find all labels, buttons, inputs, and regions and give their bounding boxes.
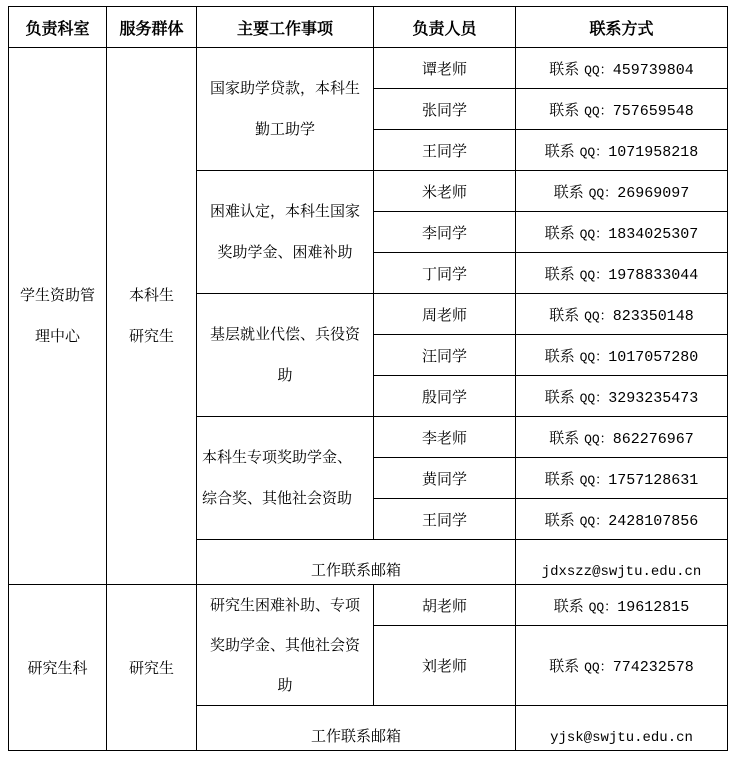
person-cell: 黄同学 (374, 458, 516, 499)
header-work-items: 主要工作事项 (197, 7, 374, 48)
work-item-cell: 本科生专项奖助学金、 综合奖、其他社会资助 (197, 417, 374, 540)
header-contact: 联系方式 (516, 7, 728, 48)
person-cell: 米老师 (374, 171, 516, 212)
header-service-group: 服务群体 (107, 7, 197, 48)
service-group-cell: 本科生 研究生 (107, 48, 197, 585)
email-label: 工作联系邮箱 (197, 706, 516, 751)
person-cell: 周老师 (374, 294, 516, 335)
contact-cell: 联系 QQ：2428107856 (516, 499, 728, 540)
email-link[interactable]: yjsk@swjtu.edu.cn (516, 706, 728, 751)
contact-cell: 联系 QQ：19612815 (516, 585, 728, 626)
contact-cell: 联系 QQ：26969097 (516, 171, 728, 212)
contact-cell: 联系 QQ：1071958218 (516, 130, 728, 171)
person-cell: 李同学 (374, 212, 516, 253)
department-cell: 研究生科 (9, 585, 107, 751)
person-cell: 张同学 (374, 89, 516, 130)
person-cell: 王同学 (374, 499, 516, 540)
table-row: 研究生科 研究生 研究生困难补助、专项 奖助学金、其他社会资 助 胡老师 联系 … (9, 585, 728, 626)
contact-cell: 联系 QQ：1757128631 (516, 458, 728, 499)
department-cell: 学生资助管 理中心 (9, 48, 107, 585)
contact-cell: 联系 QQ：1017057280 (516, 335, 728, 376)
service-group-cell: 研究生 (107, 585, 197, 751)
person-cell: 刘老师 (374, 626, 516, 706)
header-person: 负责人员 (374, 7, 516, 48)
contact-cell: 联系 QQ：459739804 (516, 48, 728, 89)
work-item-cell: 基层就业代偿、兵役资 助 (197, 294, 374, 417)
person-cell: 王同学 (374, 130, 516, 171)
contact-table: 负责科室 服务群体 主要工作事项 负责人员 联系方式 学生资助管 理中心 本科生… (8, 6, 728, 751)
person-cell: 殷同学 (374, 376, 516, 417)
contact-cell: 联系 QQ：757659548 (516, 89, 728, 130)
person-cell: 胡老师 (374, 585, 516, 626)
email-label: 工作联系邮箱 (197, 540, 516, 585)
contact-cell: 联系 QQ：862276967 (516, 417, 728, 458)
person-cell: 李老师 (374, 417, 516, 458)
contact-cell: 联系 QQ：1978833044 (516, 253, 728, 294)
work-item-cell: 研究生困难补助、专项 奖助学金、其他社会资 助 (197, 585, 374, 706)
work-item-cell: 国家助学贷款，本科生 勤工助学 (197, 48, 374, 171)
person-cell: 汪同学 (374, 335, 516, 376)
header-department: 负责科室 (9, 7, 107, 48)
contact-cell: 联系 QQ：774232578 (516, 626, 728, 706)
contact-cell: 联系 QQ：1834025307 (516, 212, 728, 253)
email-link[interactable]: jdxszz@swjtu.edu.cn (516, 540, 728, 585)
table-row: 学生资助管 理中心 本科生 研究生 国家助学贷款，本科生 勤工助学 谭老师 联系… (9, 48, 728, 89)
header-row: 负责科室 服务群体 主要工作事项 负责人员 联系方式 (9, 7, 728, 48)
person-cell: 丁同学 (374, 253, 516, 294)
contact-cell: 联系 QQ：823350148 (516, 294, 728, 335)
contact-cell: 联系 QQ：3293235473 (516, 376, 728, 417)
person-cell: 谭老师 (374, 48, 516, 89)
work-item-cell: 困难认定，本科生国家 奖助学金、困难补助 (197, 171, 374, 294)
